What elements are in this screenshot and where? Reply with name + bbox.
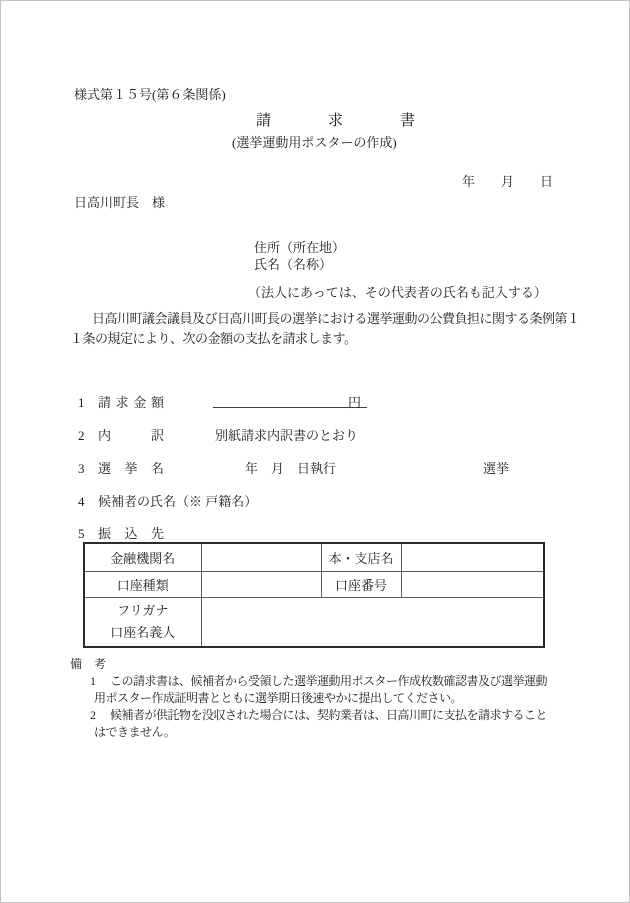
- remark-line: 1この請求書は、候補者から受領した選挙運動用ポスター作成枚数確認書及び選挙運動: [70, 673, 570, 690]
- remarks-heading: 備 考: [70, 656, 570, 673]
- item-value: 別紙請求内訳書のとおり: [215, 425, 358, 444]
- account-number-label: 口座番号: [321, 572, 401, 598]
- table-row: 口座種類 口座番号: [84, 572, 544, 598]
- item-label: 振込先: [98, 523, 164, 542]
- item-election-name: 3選挙名 年 月 日執行 選挙: [78, 458, 598, 476]
- remarks-section: 備 考 1この請求書は、候補者から受領した選挙運動用ポスター作成枚数確認書及び選…: [70, 656, 570, 741]
- remark-line: 用ポスター作成証明書とともに選挙期日後速やかに提出してください。: [70, 690, 570, 707]
- form-title: 請 求 書: [256, 109, 436, 130]
- table-row: 金融機関名 本・支店名: [84, 543, 544, 572]
- form-subtitle: (選挙運動用ポスターの作成): [232, 132, 397, 151]
- item-claim-amount: 1請求金額 円: [78, 392, 598, 410]
- remark-number: 1: [90, 673, 110, 690]
- remark-line: はできません。: [70, 724, 570, 741]
- bank-account-table: 金融機関名 本・支店名 口座種類 口座番号 フリガナ 口座名義人: [83, 542, 545, 648]
- item-number: 4: [78, 494, 98, 510]
- furigana-label: フリガナ: [85, 600, 201, 622]
- amount-blank-underline: 円: [213, 392, 367, 408]
- item-number: 1: [78, 395, 98, 411]
- item-breakdown: 2内訳 別紙請求内訳書のとおり: [78, 425, 598, 443]
- election-date-blank: 年 月 日執行: [245, 458, 336, 477]
- name-label: 氏名（名称）: [254, 254, 332, 273]
- account-holder-label: 口座名義人: [85, 622, 201, 644]
- table-row: フリガナ 口座名義人: [84, 598, 544, 648]
- remark-text: 候補者が供託物を没収された場合には、契約業者は、日高川町に支払を請求すること: [110, 708, 547, 722]
- form-number: 様式第１５号(第６条関係): [74, 84, 226, 103]
- body-line: １条の規定により、次の金額の支払を請求します。: [70, 329, 580, 349]
- item-candidate-name: 4候補者の氏名（※ 戸籍名）: [78, 491, 598, 509]
- date-line: 年 月 日: [462, 171, 553, 190]
- election-suffix: 選挙: [483, 458, 509, 477]
- item-label: 内訳: [98, 425, 164, 444]
- financial-institution-label: 金融機関名: [84, 543, 201, 572]
- item-number: 2: [78, 428, 98, 444]
- item-label: 候補者の氏名（※ 戸籍名）: [98, 494, 257, 509]
- remark-number: 2: [90, 707, 110, 724]
- account-type-value-cell: [201, 572, 321, 598]
- body-line: 日高川町議会議員及び日高川町長の選挙における選挙運動の公費負担に関する条例第１: [70, 309, 580, 329]
- invoice-form-page: 様式第１５号(第６条関係) 請 求 書 (選挙運動用ポスターの作成) 年 月 日…: [0, 0, 630, 903]
- account-type-label: 口座種類: [84, 572, 201, 598]
- item-number: 3: [78, 461, 98, 477]
- item-label: 選挙名: [98, 458, 164, 477]
- item-transfer-account: 5振込先: [78, 523, 598, 541]
- corporate-note: （法人にあっては、その代表者の氏名も記入する）: [248, 282, 547, 301]
- account-holder-value-cell: [201, 598, 544, 648]
- addressee: 日高川町長 様: [74, 192, 165, 211]
- account-holder-label-cell: フリガナ 口座名義人: [84, 598, 201, 648]
- remark-line: 2候補者が供託物を没収された場合には、契約業者は、日高川町に支払を請求すること: [70, 707, 570, 724]
- account-number-value-cell: [401, 572, 544, 598]
- branch-value-cell: [401, 543, 544, 572]
- item-number: 5: [78, 526, 98, 542]
- remark-text: この請求書は、候補者から受領した選挙運動用ポスター作成枚数確認書及び選挙運動: [110, 674, 547, 688]
- remark-item: 2候補者が供託物を没収された場合には、契約業者は、日高川町に支払を請求すること …: [70, 707, 570, 741]
- body-paragraph: 日高川町議会議員及び日高川町長の選挙における選挙運動の公費負担に関する条例第１ …: [70, 309, 580, 349]
- yen-unit-label: 円: [348, 395, 361, 410]
- branch-label: 本・支店名: [321, 543, 401, 572]
- item-label: 請求金額: [98, 392, 164, 411]
- financial-institution-value-cell: [201, 543, 321, 572]
- remark-item: 1この請求書は、候補者から受領した選挙運動用ポスター作成枚数確認書及び選挙運動 …: [70, 673, 570, 707]
